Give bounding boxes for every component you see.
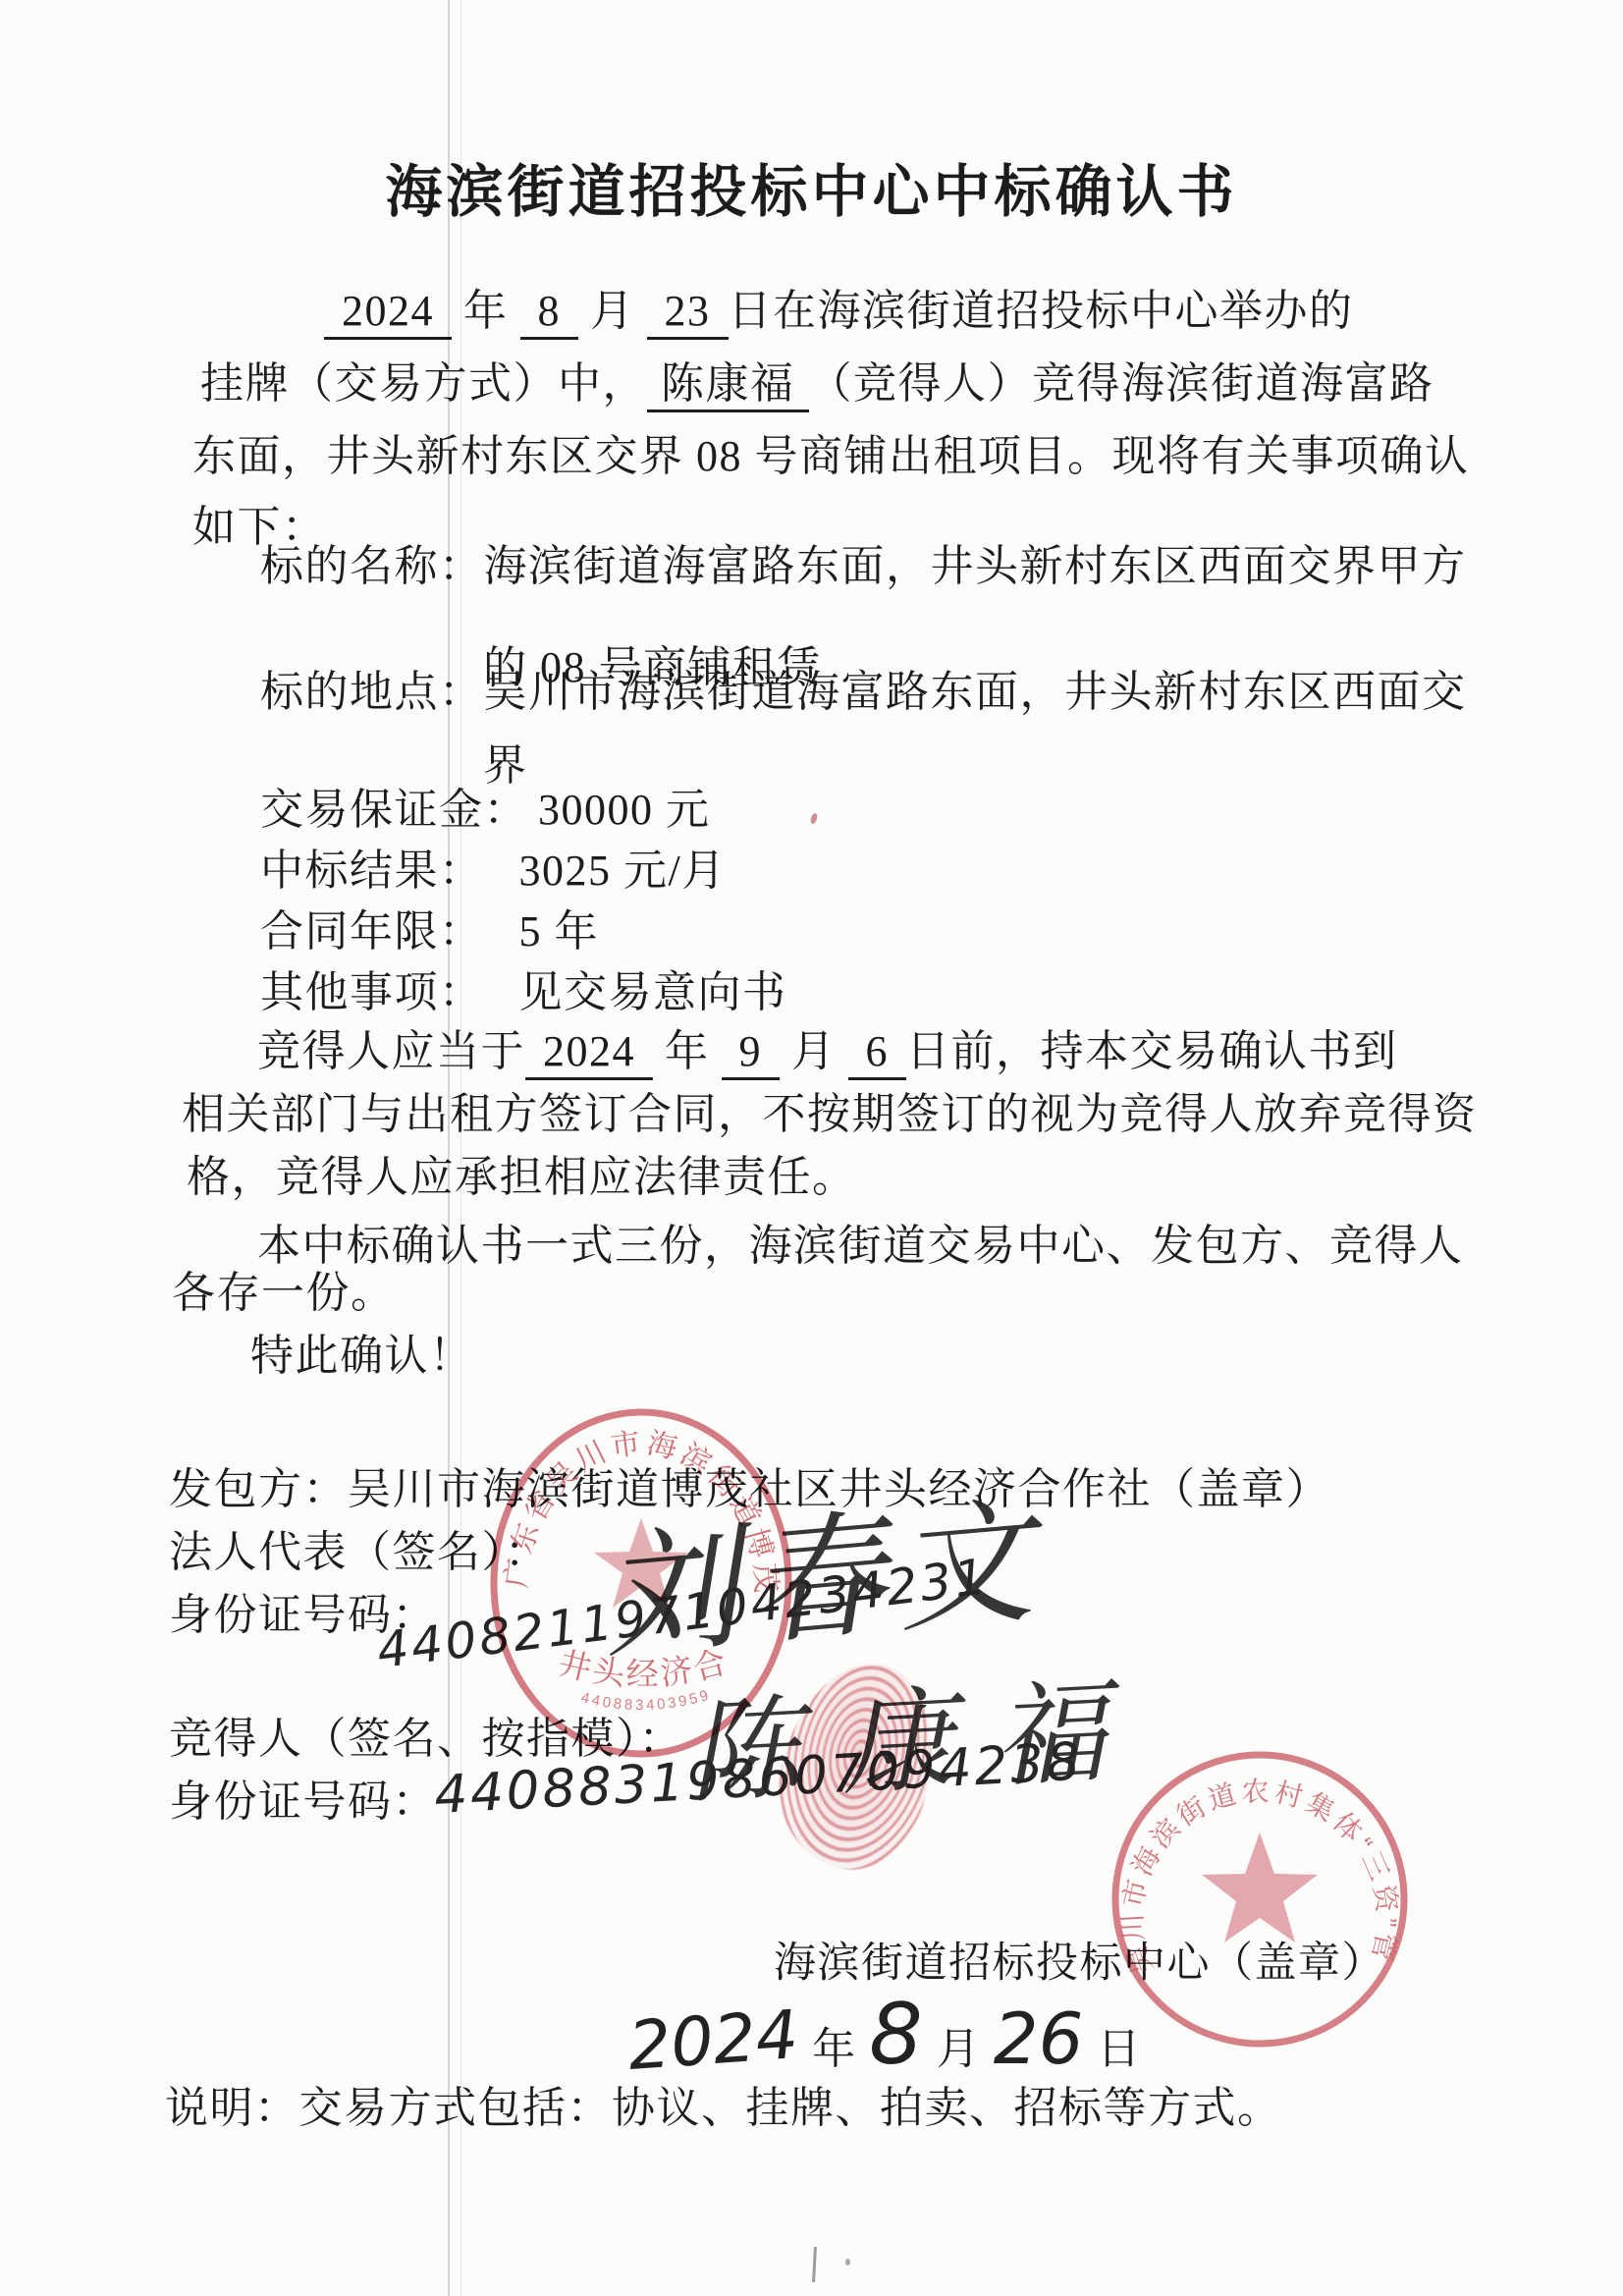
issue-date-month-label: 月 xyxy=(937,2013,980,2076)
subject-label: 标的名称： xyxy=(260,542,484,590)
intro-line2-post: （竞得人）竞得海滨街道海富路 xyxy=(809,359,1434,408)
red-ink-speck xyxy=(809,812,818,824)
issue-date-month: 8 xyxy=(869,1986,923,2084)
bid-date-year: 2024 xyxy=(324,287,452,340)
result-value: 3025 元/月 xyxy=(519,847,727,895)
result-label: 中标结果： xyxy=(260,847,484,895)
center-stamp: 吴川市海滨街道农村集体“三资”管理服务中心 xyxy=(1108,1748,1412,2050)
deposit-label: 交易保证金： xyxy=(260,786,528,834)
location-value-line1: 吴川市海滨街道海富路东面，井头新村东区西面交 xyxy=(484,668,1467,716)
deadline-post: 日前，持本交易确认书到 xyxy=(906,1027,1398,1075)
bid-date-month: 8 xyxy=(520,287,579,340)
issuer-stamp-star-icon xyxy=(594,1518,688,1608)
copies-line-1: 本中标确认书一式三份，海滨街道交易中心、发包方、竞得人 xyxy=(257,1222,1464,1272)
winner-name-underlined: 陈康福 xyxy=(647,359,809,412)
intro-line-1: 2024年8月23日在海滨街道招投标中心举办的 xyxy=(324,287,1354,340)
scanner-artifact-line-2 xyxy=(460,0,461,2296)
term-field: 合同年限：5 年 xyxy=(260,907,599,957)
note-line: 说明：交易方式包括：协议、挂牌、拍卖、招标等方式。 xyxy=(165,2084,1282,2134)
deposit-value: 30000 元 xyxy=(538,786,711,834)
year-label: 年 xyxy=(463,287,509,335)
deadline-month-label: 月 xyxy=(791,1027,837,1075)
term-label: 合同年限： xyxy=(260,907,484,956)
deadline-line-3: 格，竞得人应承担相应法律责任。 xyxy=(187,1153,857,1203)
scanned-document-page: 海滨街道招投标中心中标确认书 2024年8月23日在海滨街道招投标中心举办的 挂… xyxy=(0,0,1623,2296)
deadline-line-2: 相关部门与出租方签订合同，不按期签订的视为竞得人放弃竞得资 xyxy=(182,1090,1478,1140)
intro-after-day: 日在海滨街道招投标中心举办的 xyxy=(729,287,1354,335)
bid-date-day: 23 xyxy=(647,287,729,340)
scan-mark-bottom-1 xyxy=(812,2247,817,2282)
deadline-pre: 竞得人应当于 xyxy=(257,1027,525,1075)
intro-line2-pre: 挂牌（交易方式）中， xyxy=(200,359,647,408)
deadline-line-1: 竞得人应当于2024年9月6日前，持本交易确认书到 xyxy=(257,1027,1398,1080)
copies-line-2: 各存一份。 xyxy=(172,1269,396,1319)
scanner-artifact-line xyxy=(448,0,450,2296)
other-label: 其他事项： xyxy=(260,968,484,1016)
confirmation-statement: 特此确认！ xyxy=(250,1332,474,1382)
issuer-stamp: 广东省吴川市海滨街道博茂社区 井头经济合作社 4408834039596 xyxy=(483,1402,799,1764)
result-field: 中标结果：3025 元/月 xyxy=(260,847,727,897)
location-field: 标的地点：吴川市海滨街道海富路东面，井头新村东区西面交 xyxy=(260,668,1467,718)
intro-line-3: 东面，井头新村东区交界 08 号商铺出租项目。现将有关事项确认 xyxy=(192,432,1470,482)
deadline-year: 2024 xyxy=(525,1027,653,1080)
location-value-line2: 界 xyxy=(483,741,528,792)
document-title: 海滨街道招投标中心中标确认书 xyxy=(385,145,1237,228)
issue-date-year: 2024 xyxy=(625,1996,800,2086)
id-number-label-2: 身份证号码： xyxy=(169,1777,437,1828)
deposit-field: 交易保证金：30000 元 xyxy=(260,786,711,836)
issue-date-line: 2024 年 8 月 26 日 xyxy=(628,1986,1154,2084)
subject-value-line1: 海滨街道海富路东面，井头新村东区西面交界甲方 xyxy=(484,542,1467,590)
deadline-year-label: 年 xyxy=(665,1027,710,1075)
month-label: 月 xyxy=(590,287,635,335)
other-value: 见交易意向书 xyxy=(519,968,787,1016)
intro-line-2: 挂牌（交易方式）中，陈康福（竞得人）竞得海滨街道海富路 xyxy=(200,359,1434,412)
issue-date-year-label: 年 xyxy=(812,2013,855,2076)
term-value: 5 年 xyxy=(519,907,600,956)
other-items-field: 其他事项：见交易意向书 xyxy=(260,968,787,1018)
issue-date-day: 26 xyxy=(994,1997,1084,2080)
subject-field: 标的名称：海滨街道海富路东面，井头新村东区西面交界甲方 xyxy=(260,542,1467,592)
center-stamp-star-icon xyxy=(1202,1832,1318,1942)
location-label: 标的地点： xyxy=(260,668,484,716)
deadline-day: 6 xyxy=(848,1027,907,1080)
scan-mark-bottom-2 xyxy=(845,2259,850,2266)
deadline-month: 9 xyxy=(722,1027,781,1080)
